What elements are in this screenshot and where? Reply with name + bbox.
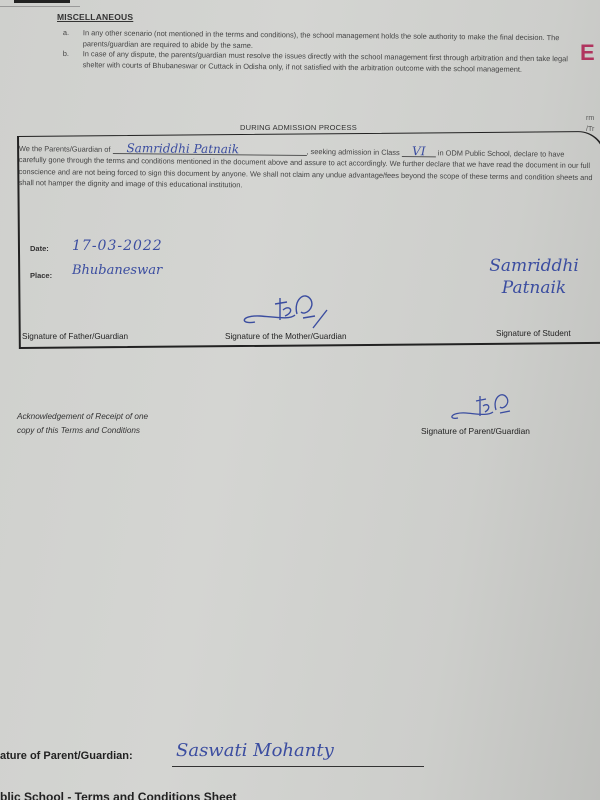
class-field[interactable]: VI (402, 146, 436, 157)
mother-signature-label: Signature of the Mother/Guardian (225, 332, 347, 341)
signature-line (172, 766, 424, 767)
next-page-stamp-letter: E (580, 40, 595, 66)
acknowledgement-line: Acknowledgement of Receipt of one (17, 410, 148, 424)
place-label: Place: (30, 271, 52, 280)
declaration-intro-prefix: We the Parents/Guardian of (19, 144, 111, 154)
parent-signature-label: Signature of Parent/Guardian (421, 426, 530, 436)
acknowledgement-text: Acknowledgement of Receipt of one copy o… (17, 410, 148, 438)
acknowledgement-line: copy of this Terms and Conditions (17, 424, 148, 438)
student-name-field[interactable]: Samriddhi Patnaik (112, 143, 306, 156)
date-field[interactable]: 17-03-2022 (72, 238, 163, 254)
bottom-parent-signature[interactable]: Saswati Mohanty (176, 740, 334, 761)
misc-item-b: b. In case of any dispute, the parents/g… (63, 49, 583, 75)
bottom-parent-signature-label: ature of Parent/Guardian: (0, 750, 133, 762)
top-rule (14, 0, 70, 3)
misc-item-marker: a. (63, 28, 69, 39)
admission-section-title: DURING ADMISSION PROCESS (240, 123, 357, 132)
next-page-fragment: rm (586, 115, 594, 122)
declaration-intro-mid: , seeking admission in Class (306, 147, 399, 157)
father-signature-label: Signature of Father/Guardian (22, 332, 128, 341)
footer-partial-text: blic School - Terms and Conditions Sheet (0, 790, 236, 800)
scanned-document-page: MISCELLANEOUS a. In any other scenario (… (0, 0, 600, 800)
student-signature-text: Samriddhi Patnaik (489, 256, 579, 298)
mother-signature-scribble[interactable] (235, 290, 335, 335)
student-signature-label: Signature of Student (496, 329, 571, 338)
misc-item-text: In case of any dispute, the parents/guar… (83, 49, 568, 73)
miscellaneous-heading: MISCELLANEOUS (57, 12, 133, 22)
misc-item-marker: b. (63, 49, 69, 60)
top-thin-rule (0, 6, 80, 7)
date-label: Date: (30, 244, 49, 253)
place-field[interactable]: Bhubaneswar (72, 263, 162, 278)
declaration-text: We the Parents/Guardian of Samriddhi Pat… (19, 142, 594, 194)
misc-item-text: In any other scenario (not mentioned in … (83, 28, 560, 49)
parent-signature-scribble[interactable] (448, 390, 528, 425)
miscellaneous-list: a. In any other scenario (not mentioned … (63, 28, 583, 75)
student-signature[interactable]: Samriddhi Patnaik (468, 255, 600, 299)
